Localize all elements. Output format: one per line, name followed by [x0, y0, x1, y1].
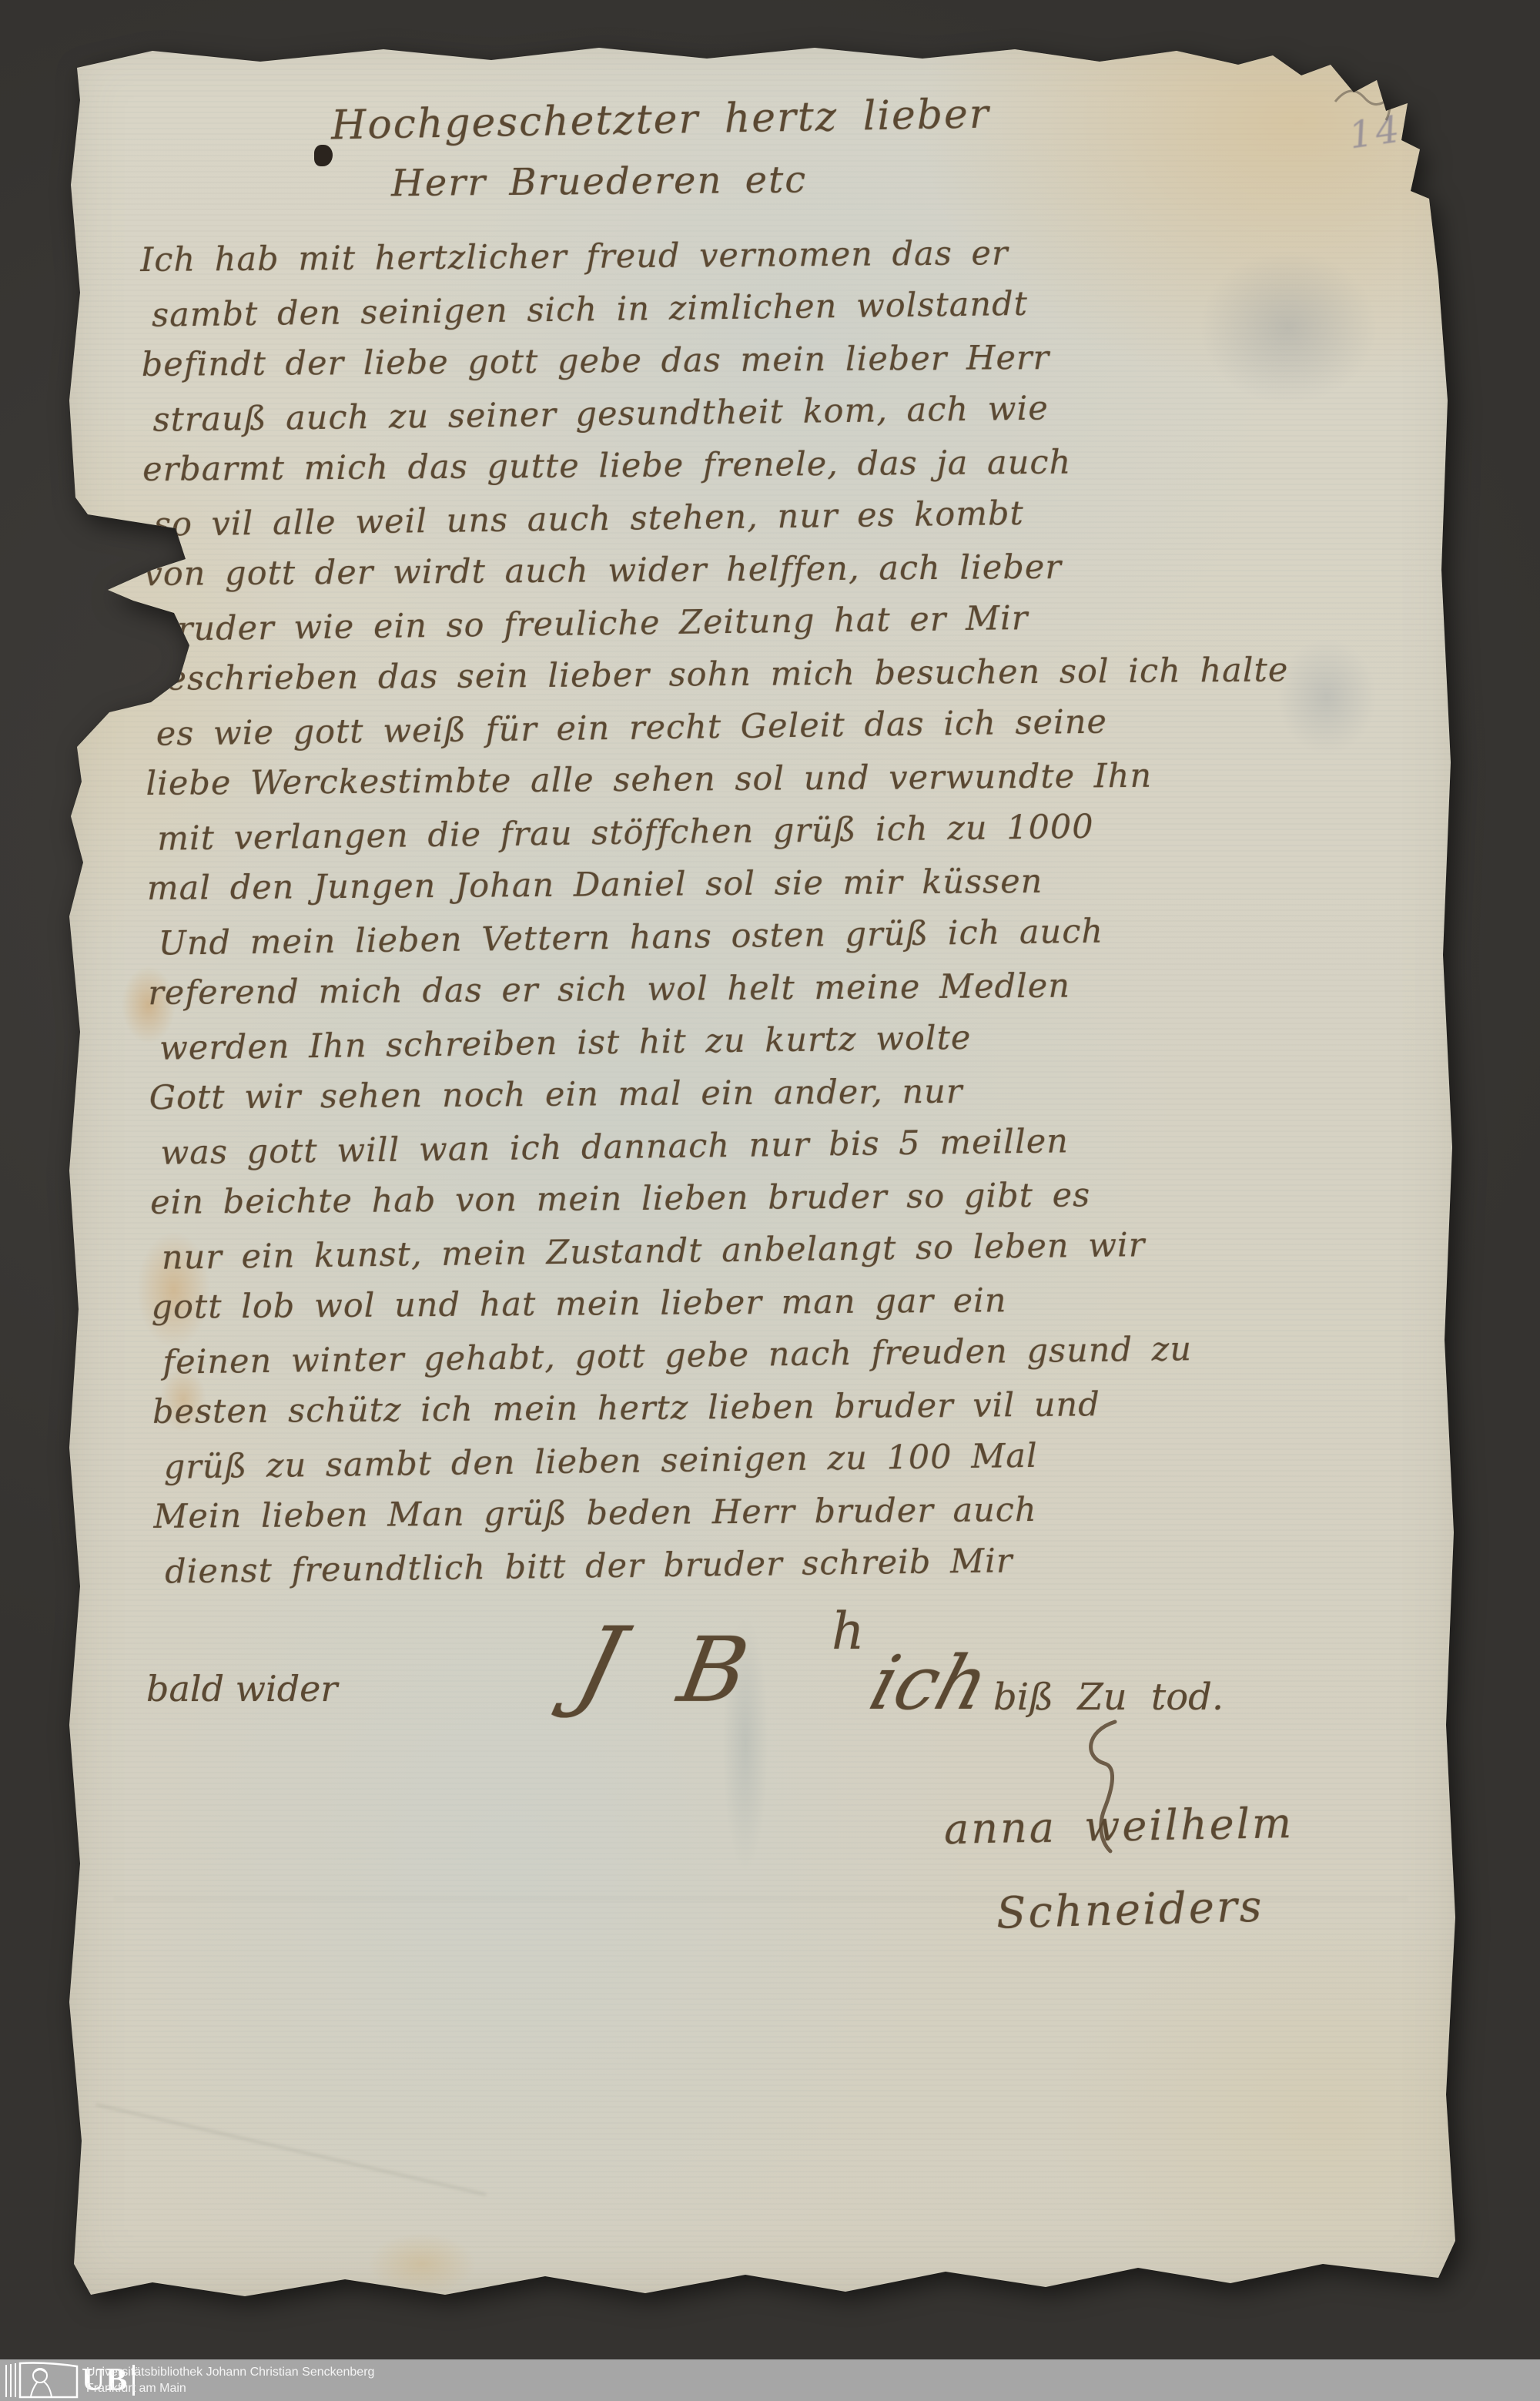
closing-phrase: bald wider [146, 1668, 337, 1709]
ub-book-and-portrait-icon [3, 2362, 80, 2399]
library-city: Frankfurt am Main [86, 2380, 374, 2396]
closing-flourish-initial: J [566, 1606, 634, 1721]
ink-blot [314, 145, 333, 166]
fold-crease [95, 2104, 486, 2196]
manuscript-page: 14 Hochgeschetzter hertz lieber Herr Bru… [60, 31, 1467, 2302]
closing-flourish-initial: B [671, 1619, 755, 1723]
closing-flourish-letter: h [832, 1602, 865, 1661]
ink-smudge [1277, 639, 1377, 755]
letter-body: Ich hab mit hertzlicher freud vernomen d… [140, 223, 1298, 1596]
signature-name: Schneiders [996, 1881, 1264, 1938]
paper-sheet: 14 Hochgeschetzter hertz lieber Herr Bru… [60, 31, 1467, 2302]
library-watermark-banner: UB Universitätsbibliothek Johann Christi… [0, 2359, 1540, 2401]
folio-number: 14 [1346, 107, 1404, 157]
letter-salutation-line: Herr Bruederen etc [391, 159, 808, 206]
closing-flourish-word: ich [861, 1640, 998, 1726]
foxing-spot [368, 2233, 476, 2295]
letter-salutation-line: Hochgeschetzter hertz lieber [331, 92, 991, 149]
signature-name: anna weilhelm [943, 1799, 1294, 1853]
manuscript-scan: 14 Hochgeschetzter hertz lieber Herr Bru… [0, 0, 1540, 2401]
library-name-block: Universitätsbibliothek Johann Christian … [86, 2364, 374, 2396]
library-institution: Universitätsbibliothek Johann Christian … [86, 2364, 374, 2380]
closing-phrase: biß Zu tod. [993, 1676, 1224, 1719]
